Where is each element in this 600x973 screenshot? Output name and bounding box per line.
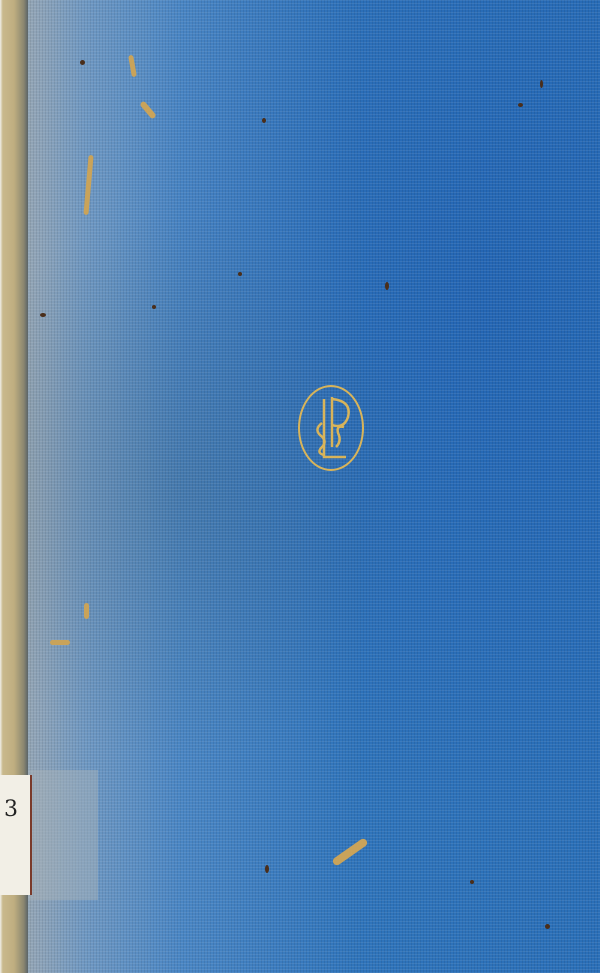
spine-label: 3	[0, 775, 32, 895]
speck	[545, 924, 550, 929]
library-tape	[28, 770, 98, 900]
speck	[540, 80, 543, 88]
monogram-icon	[300, 387, 362, 469]
speck	[518, 103, 523, 107]
speck	[152, 305, 156, 309]
wear-mark	[84, 603, 89, 619]
wear-mark	[50, 640, 70, 645]
book-cover: 3	[0, 0, 600, 973]
spine-label-text: 3	[4, 797, 18, 822]
speck	[265, 865, 269, 873]
speck	[262, 118, 266, 123]
monogram-emblem	[298, 385, 364, 471]
speck	[385, 282, 389, 290]
speck	[40, 313, 46, 317]
speck	[238, 272, 242, 276]
speck	[470, 880, 474, 884]
speck	[80, 60, 85, 65]
